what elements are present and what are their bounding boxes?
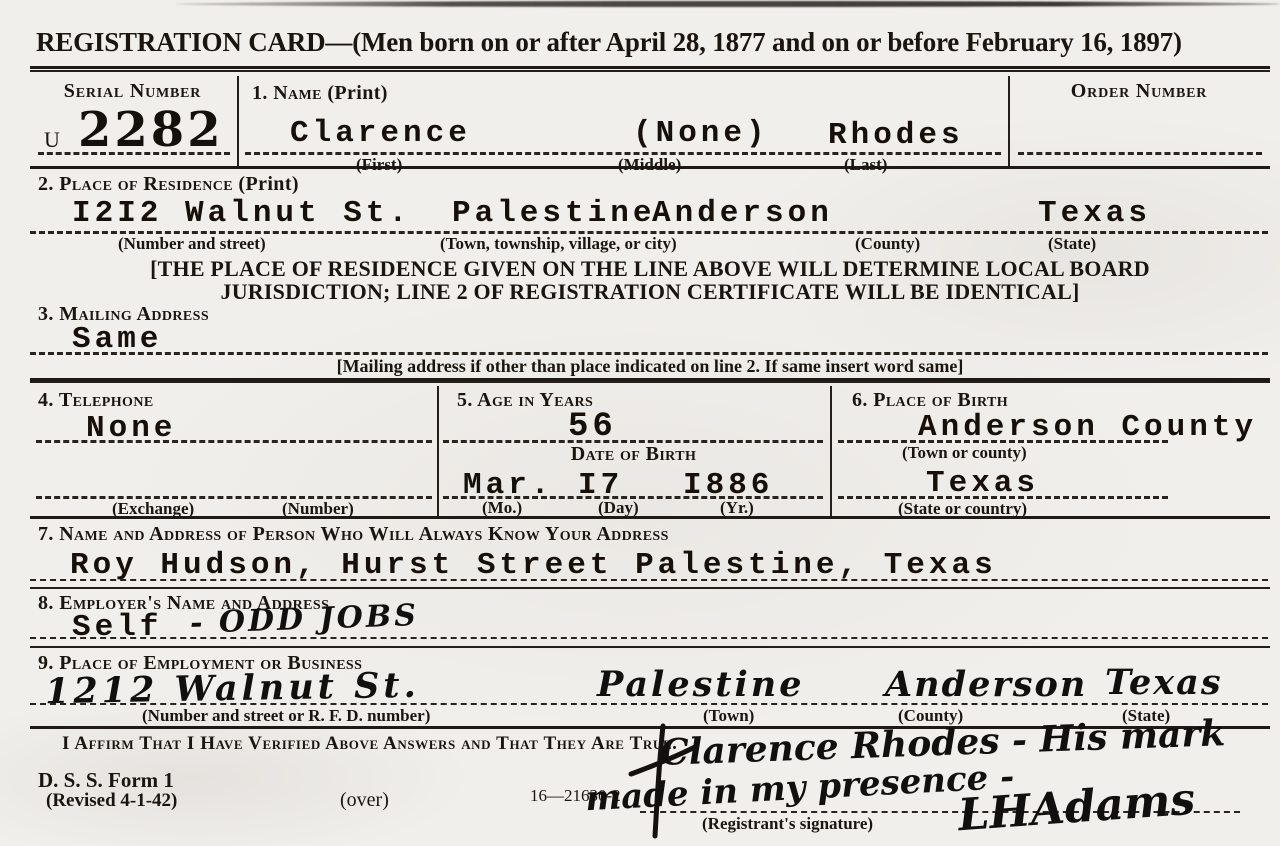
name-first-sublabel: (First) (356, 155, 402, 175)
name-last-value: Rhodes (828, 118, 964, 153)
serial-number-value: 2282 (78, 102, 224, 158)
birthplace-town-sublabel: (Town or county) (902, 443, 1027, 463)
employer-handwritten-value: - ODD JOBS (189, 598, 419, 641)
header-rule (30, 66, 1270, 72)
residence-label-suffix: (Print) (238, 173, 299, 195)
residence-state-sublabel: (State) (1048, 234, 1096, 254)
contact-field-label: 7. Name and Address of Person Who Will A… (38, 523, 669, 546)
registration-card: REGISTRATION CARD—(Men born on or after … (0, 0, 1280, 846)
telephone-field-label: 4. Telephone (38, 389, 154, 412)
row6-bottom-rule (30, 646, 1270, 648)
birthplace-state-sublabel: (State or country) (898, 499, 1027, 519)
contact-value: Roy Hudson, Hurst Street Palestine, Texa… (70, 548, 997, 583)
mailing-line (30, 352, 1268, 355)
row5-bottom-rule (30, 587, 1270, 589)
residence-county-value: Anderson (652, 196, 833, 231)
name-last-sublabel: (Last) (844, 155, 887, 175)
signature-sublabel: (Registrant's signature) (702, 814, 873, 834)
order-number-label: Order Number (1008, 80, 1270, 103)
order-number-label-text: Order Number (1071, 80, 1207, 102)
residence-street-sublabel: (Number and street) (118, 234, 266, 254)
contact-line (30, 579, 1268, 581)
birthplace-field-label: 6. Place of Birth (852, 389, 1008, 412)
telephone-line1 (36, 440, 432, 443)
residence-field-label: 2. Place of Residence (Print) (38, 173, 299, 196)
mailing-bottom-rule (30, 378, 1270, 383)
residence-county-sublabel: (County) (855, 234, 920, 254)
residence-town-sublabel: (Town, township, village, or city) (440, 234, 677, 254)
employment-town-sublabel: (Town) (703, 706, 754, 726)
name-label-suffix: (Print) (327, 82, 388, 104)
dob-day-sublabel: (Day) (598, 498, 639, 518)
employment-town-value: Palestine (597, 664, 805, 705)
serial-number-label: Serial Number (30, 80, 235, 103)
employment-state-value: Texas (1105, 662, 1223, 703)
employer-typed-value: Self (72, 610, 162, 645)
name-first-value: Clarence (290, 116, 471, 151)
name-field-label: 1. Name (Print) (252, 82, 388, 105)
name-middle-value: (None) (633, 116, 769, 151)
residence-town-value: Palestine (452, 196, 655, 231)
mailing-hint: [Mailing address if other than place ind… (30, 356, 1270, 377)
affirmation-text: I Affirm That I Have Verified Above Answ… (62, 733, 677, 755)
divider-serial-name (237, 76, 239, 167)
serial-number-label-text: Serial Number (64, 80, 201, 102)
serial-number-line (38, 152, 230, 155)
over-note: (over) (340, 789, 389, 812)
employment-county-value: Anderson (885, 664, 1087, 705)
order-number-line (1018, 152, 1262, 155)
divider-age-birth (830, 386, 832, 516)
residence-street-value: I2I2 Walnut St. (72, 196, 411, 231)
residence-state-value: Texas (1038, 196, 1151, 231)
residence-label-text: 2. Place of Residence (38, 173, 233, 195)
serial-number-prefix: U (44, 127, 60, 153)
name-middle-sublabel: (Middle) (618, 155, 681, 175)
employment-line (30, 703, 1268, 705)
employment-street-sublabel: (Number and street or R. F. D. number) (142, 706, 430, 726)
jurisdiction-note-line2: JURISDICTION; LINE 2 OF REGISTRATION CER… (30, 279, 1270, 305)
name-label-text: 1. Name (252, 82, 322, 104)
row4-bottom-rule (30, 516, 1270, 519)
scan-edge-artifact (175, 1, 1280, 7)
form-revision: (Revised 4-1-42) (46, 790, 177, 812)
telephone-number-sublabel: (Number) (282, 499, 354, 519)
employer-line (30, 637, 1268, 639)
dob-month-sublabel: (Mo.) (482, 498, 522, 518)
card-title: REGISTRATION CARD—(Men born on or after … (36, 27, 1182, 58)
dob-year-sublabel: (Yr.) (720, 498, 754, 518)
dob-label: Date of Birth (437, 443, 830, 466)
telephone-exchange-sublabel: (Exchange) (112, 499, 194, 519)
telephone-line2 (36, 496, 432, 499)
